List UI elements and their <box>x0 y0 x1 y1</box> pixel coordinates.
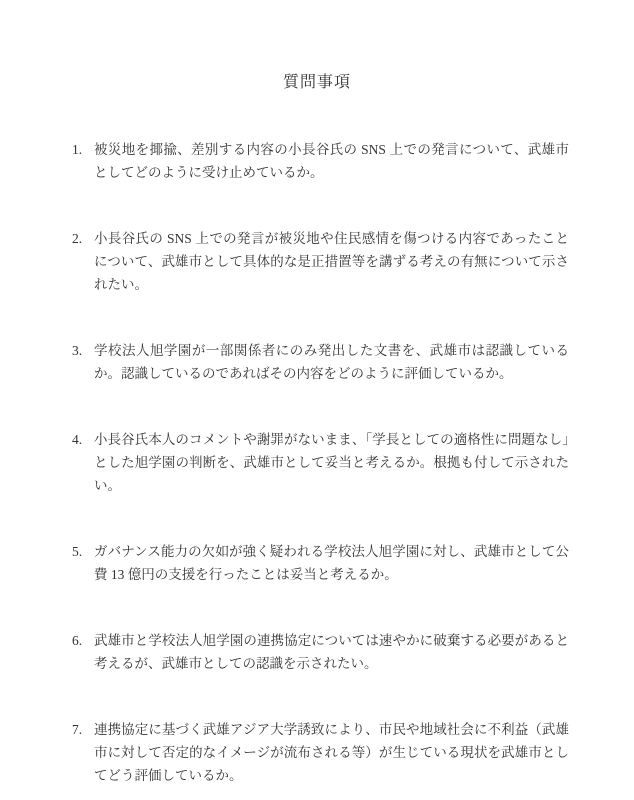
question-item: 4. 小長谷氏本人のコメントや謝罪がないまま、「学長としての適格性に問題なし」と… <box>72 428 569 497</box>
item-text: 連携協定に基づく武雄アジア大学誘致により、市民や地域社会に不利益（武雄市に対して… <box>94 722 569 783</box>
question-item: 3. 学校法人旭学園が一部関係者にのみ発出した文書を、武雄市は認識しているか。認… <box>72 339 569 385</box>
item-text: ガバナンス能力の欠如が強く疑われる学校法人旭学園に対し、武雄市として公費 13 … <box>94 544 569 582</box>
item-text: 武雄市と学校法人旭学園の連携協定については速やかに破棄する必要があると考えるが、… <box>94 633 569 671</box>
item-text: 被災地を揶揄、差別する内容の小長谷氏の SNS 上での発言について、武雄市として… <box>94 142 569 180</box>
item-number: 2. <box>72 227 82 250</box>
item-text: 小長谷氏の SNS 上での発言が被災地や住民感情を傷つける内容であったことについ… <box>94 231 569 292</box>
item-number: 5. <box>72 540 82 563</box>
question-item: 5. ガバナンス能力の欠如が強く疑われる学校法人旭学園に対し、武雄市として公費 … <box>72 540 569 586</box>
question-list: 1. 被災地を揶揄、差別する内容の小長谷氏の SNS 上での発言について、武雄市… <box>72 138 569 787</box>
item-number: 4. <box>72 428 82 451</box>
item-number: 3. <box>72 339 82 362</box>
item-number: 7. <box>72 718 82 741</box>
item-text: 学校法人旭学園が一部関係者にのみ発出した文書を、武雄市は認識しているか。認識して… <box>94 343 569 381</box>
item-number: 6. <box>72 629 82 652</box>
question-item: 2. 小長谷氏の SNS 上での発言が被災地や住民感情を傷つける内容であったこと… <box>72 227 569 296</box>
question-item: 7. 連携協定に基づく武雄アジア大学誘致により、市民や地域社会に不利益（武雄市に… <box>72 718 569 787</box>
document-page: 質問事項 1. 被災地を揶揄、差別する内容の小長谷氏の SNS 上での発言につい… <box>0 0 634 800</box>
item-number: 1. <box>72 138 82 161</box>
item-text: 小長谷氏本人のコメントや謝罪がないまま、「学長としての適格性に問題なし」とした旭… <box>94 432 569 493</box>
question-item: 6. 武雄市と学校法人旭学園の連携協定については速やかに破棄する必要があると考え… <box>72 629 569 675</box>
page-title: 質問事項 <box>0 74 634 92</box>
question-item: 1. 被災地を揶揄、差別する内容の小長谷氏の SNS 上での発言について、武雄市… <box>72 138 569 184</box>
